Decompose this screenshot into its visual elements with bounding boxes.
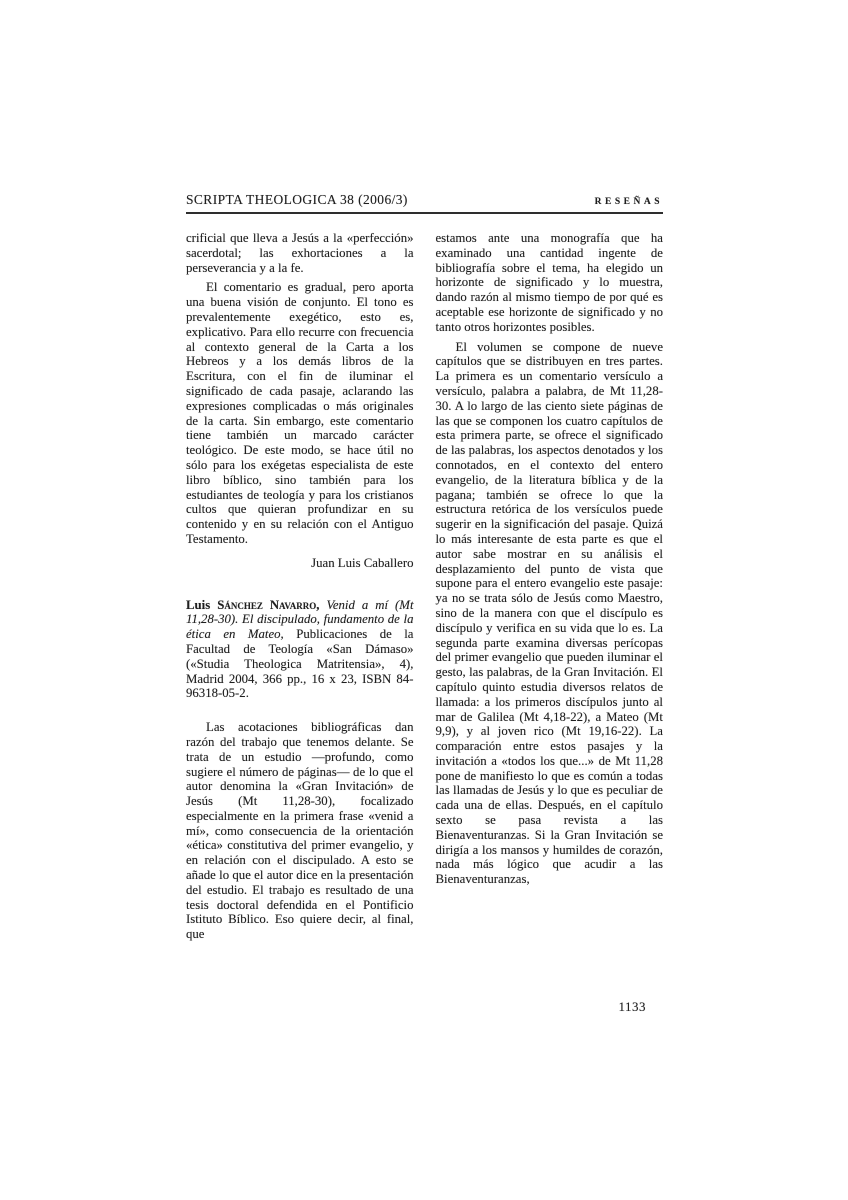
journal-page: SCRIPTA THEOLOGICA 38 (2006/3) RESEÑAS c… [0, 0, 848, 1200]
paragraph: El comentario es gradual, pero aporta un… [186, 280, 414, 546]
right-column: estamos ante una monografía que ha exami… [436, 231, 664, 947]
text-columns: crificial que lleva a Jesús a la «perfec… [186, 231, 663, 947]
section-label: RESEÑAS [595, 197, 663, 208]
citation-author-given: Luis [186, 598, 210, 612]
page-number: 1133 [186, 999, 646, 1015]
paragraph-continuation: crificial que lleva a Jesús a la «perfec… [186, 231, 414, 275]
paragraph-continuation: estamos ante una monografía que ha exami… [436, 231, 664, 335]
page-header: SCRIPTA THEOLOGICA 38 (2006/3) RESEÑAS [186, 192, 663, 214]
citation-author-surname: Sánchez Navarro, [217, 598, 319, 612]
review-signature: Juan Luis Caballero [186, 556, 414, 571]
left-column: crificial que lleva a Jesús a la «perfec… [186, 231, 414, 947]
book-citation: Luis Sánchez Navarro, Venid a mí (Mt 11,… [186, 598, 414, 702]
paragraph: El volumen se compone de nueve capítulos… [436, 340, 664, 887]
journal-title: SCRIPTA THEOLOGICA 38 (2006/3) [186, 192, 408, 208]
paragraph: Las acotaciones bibliográficas dan razón… [186, 720, 414, 942]
